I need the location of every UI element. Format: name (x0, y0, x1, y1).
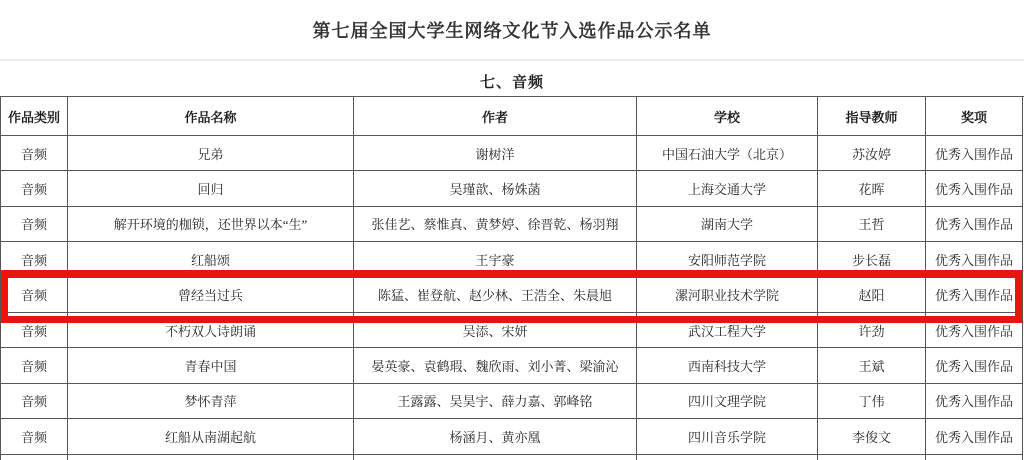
table-cell: 杨涵月、黄亦凰 (354, 419, 637, 454)
table-cell: 音频 (1, 384, 68, 419)
table-cell: 安阳师范学院 (637, 242, 818, 277)
table-cell: 优秀入围作品 (926, 313, 1023, 348)
table-row: 音频青春中国晏英豪、袁鹤瑕、魏欣雨、刘小菁、梁渝沁西南科技大学王斌优秀入围作品 (1, 348, 1024, 383)
table-cell: 优秀入围作品 (926, 136, 1023, 171)
table-row: 音频不朽双人诗朗诵吴添、宋妍武汉工程大学许劲优秀入围作品 (1, 313, 1024, 348)
table-cell: 音频 (1, 278, 68, 313)
table-cell: 王哲 (818, 207, 926, 242)
table-row: 音频回归吴瑾歆、杨姝菡上海交通大学花晖优秀入围作品 (1, 171, 1024, 206)
table-cell: 优秀入围作品 (926, 207, 1023, 242)
table-row: 音频红船从南湖起航杨涵月、黄亦凰四川音乐学院李俊文优秀入围作品 (1, 419, 1024, 454)
table-cell: 王宇豪 (354, 242, 637, 277)
table-cell: 回归 (68, 171, 354, 206)
table-cell: 解开环境的枷锁，还世界以本“生” (68, 207, 354, 242)
table-cell: 湖南大学 (637, 207, 818, 242)
table-cell (637, 455, 818, 460)
page-title: 第七届全国大学生网络文化节入选作品公示名单 (0, 0, 1024, 42)
table-cell: 漯河职业技术学院 (637, 278, 818, 313)
table-cell: 红船从南湖起航 (68, 419, 354, 454)
table-cell: 吴添、宋妍 (354, 313, 637, 348)
table-cell: 音频 (1, 171, 68, 206)
column-header: 作者 (354, 97, 637, 136)
table-cell: 优秀入围作品 (926, 242, 1023, 277)
table-cell: 李俊文 (818, 419, 926, 454)
section-heading: 七、音频 (0, 71, 1024, 92)
table-cell: 王斌 (818, 348, 926, 383)
table-header-row: 作品类别作品名称作者学校指导教师奖项 (1, 97, 1024, 136)
table-cell: 红船颂 (68, 242, 354, 277)
table-cell: 梦怀青萍 (68, 384, 354, 419)
table-cell (926, 455, 1023, 460)
header-divider (0, 59, 1024, 61)
table-row: 音频兄弟谢树洋中国石油大学（北京）苏汝婷优秀入围作品 (1, 136, 1024, 171)
column-header: 奖项 (926, 97, 1023, 136)
table-cell: 谢树洋 (354, 136, 637, 171)
table-cell: 优秀入围作品 (926, 171, 1023, 206)
table-row: 音频红船颂王宇豪安阳师范学院步长磊优秀入围作品 (1, 242, 1024, 277)
table-cell: 张佳艺、蔡惟真、黄梦婷、徐晋乾、杨羽翔 (354, 207, 637, 242)
column-header: 作品类别 (1, 97, 68, 136)
table-cell: 音频 (1, 242, 68, 277)
table-cell: 吴瑾歆、杨姝菡 (354, 171, 637, 206)
column-header: 学校 (637, 97, 818, 136)
table-cell: 许劲 (818, 313, 926, 348)
table-cell: 四川音乐学院 (637, 419, 818, 454)
table-cell: 四川文理学院 (637, 384, 818, 419)
table-cell: 优秀入围作品 (926, 384, 1023, 419)
table-cell (354, 455, 637, 460)
table-row-partial (1, 455, 1024, 460)
column-header: 指导教师 (818, 97, 926, 136)
table-cell: 音频 (1, 136, 68, 171)
table-cell: 音频 (1, 207, 68, 242)
table-cell: 中国石油大学（北京） (637, 136, 818, 171)
table-cell: 音频 (1, 419, 68, 454)
table-cell: 苏汝婷 (818, 136, 926, 171)
table-cell: 步长磊 (818, 242, 926, 277)
table-cell: 不朽双人诗朗诵 (68, 313, 354, 348)
table-cell: 曾经当过兵 (68, 278, 354, 313)
table-cell: 优秀入围作品 (926, 348, 1023, 383)
awards-table: 作品类别作品名称作者学校指导教师奖项音频兄弟谢树洋中国石油大学（北京）苏汝婷优秀… (0, 96, 1024, 460)
table-cell (1, 455, 68, 460)
table-cell: 武汉工程大学 (637, 313, 818, 348)
table-cell: 赵阳 (818, 278, 926, 313)
table-cell: 晏英豪、袁鹤瑕、魏欣雨、刘小菁、梁渝沁 (354, 348, 637, 383)
table-row: 音频梦怀青萍王露露、吴昊宇、薛力嘉、郭峰铭四川文理学院丁伟优秀入围作品 (1, 384, 1024, 419)
table-cell: 兄弟 (68, 136, 354, 171)
table-cell: 花晖 (818, 171, 926, 206)
table-cell: 陈猛、崔登航、赵少林、王浩全、朱晨旭 (354, 278, 637, 313)
table-cell: 上海交通大学 (637, 171, 818, 206)
table-cell: 音频 (1, 313, 68, 348)
column-header: 作品名称 (68, 97, 354, 136)
table-cell: 优秀入围作品 (926, 419, 1023, 454)
table-cell: 优秀入围作品 (926, 278, 1023, 313)
table-cell (818, 455, 926, 460)
table-cell: 西南科技大学 (637, 348, 818, 383)
table-cell: 青春中国 (68, 348, 354, 383)
table-row: 音频曾经当过兵陈猛、崔登航、赵少林、王浩全、朱晨旭漯河职业技术学院赵阳优秀入围作… (1, 278, 1024, 313)
table-cell (68, 455, 354, 460)
table-cell: 音频 (1, 348, 68, 383)
table-cell: 丁伟 (818, 384, 926, 419)
table-cell: 王露露、吴昊宇、薛力嘉、郭峰铭 (354, 384, 637, 419)
table-row: 音频解开环境的枷锁，还世界以本“生”张佳艺、蔡惟真、黄梦婷、徐晋乾、杨羽翔湖南大… (1, 207, 1024, 242)
